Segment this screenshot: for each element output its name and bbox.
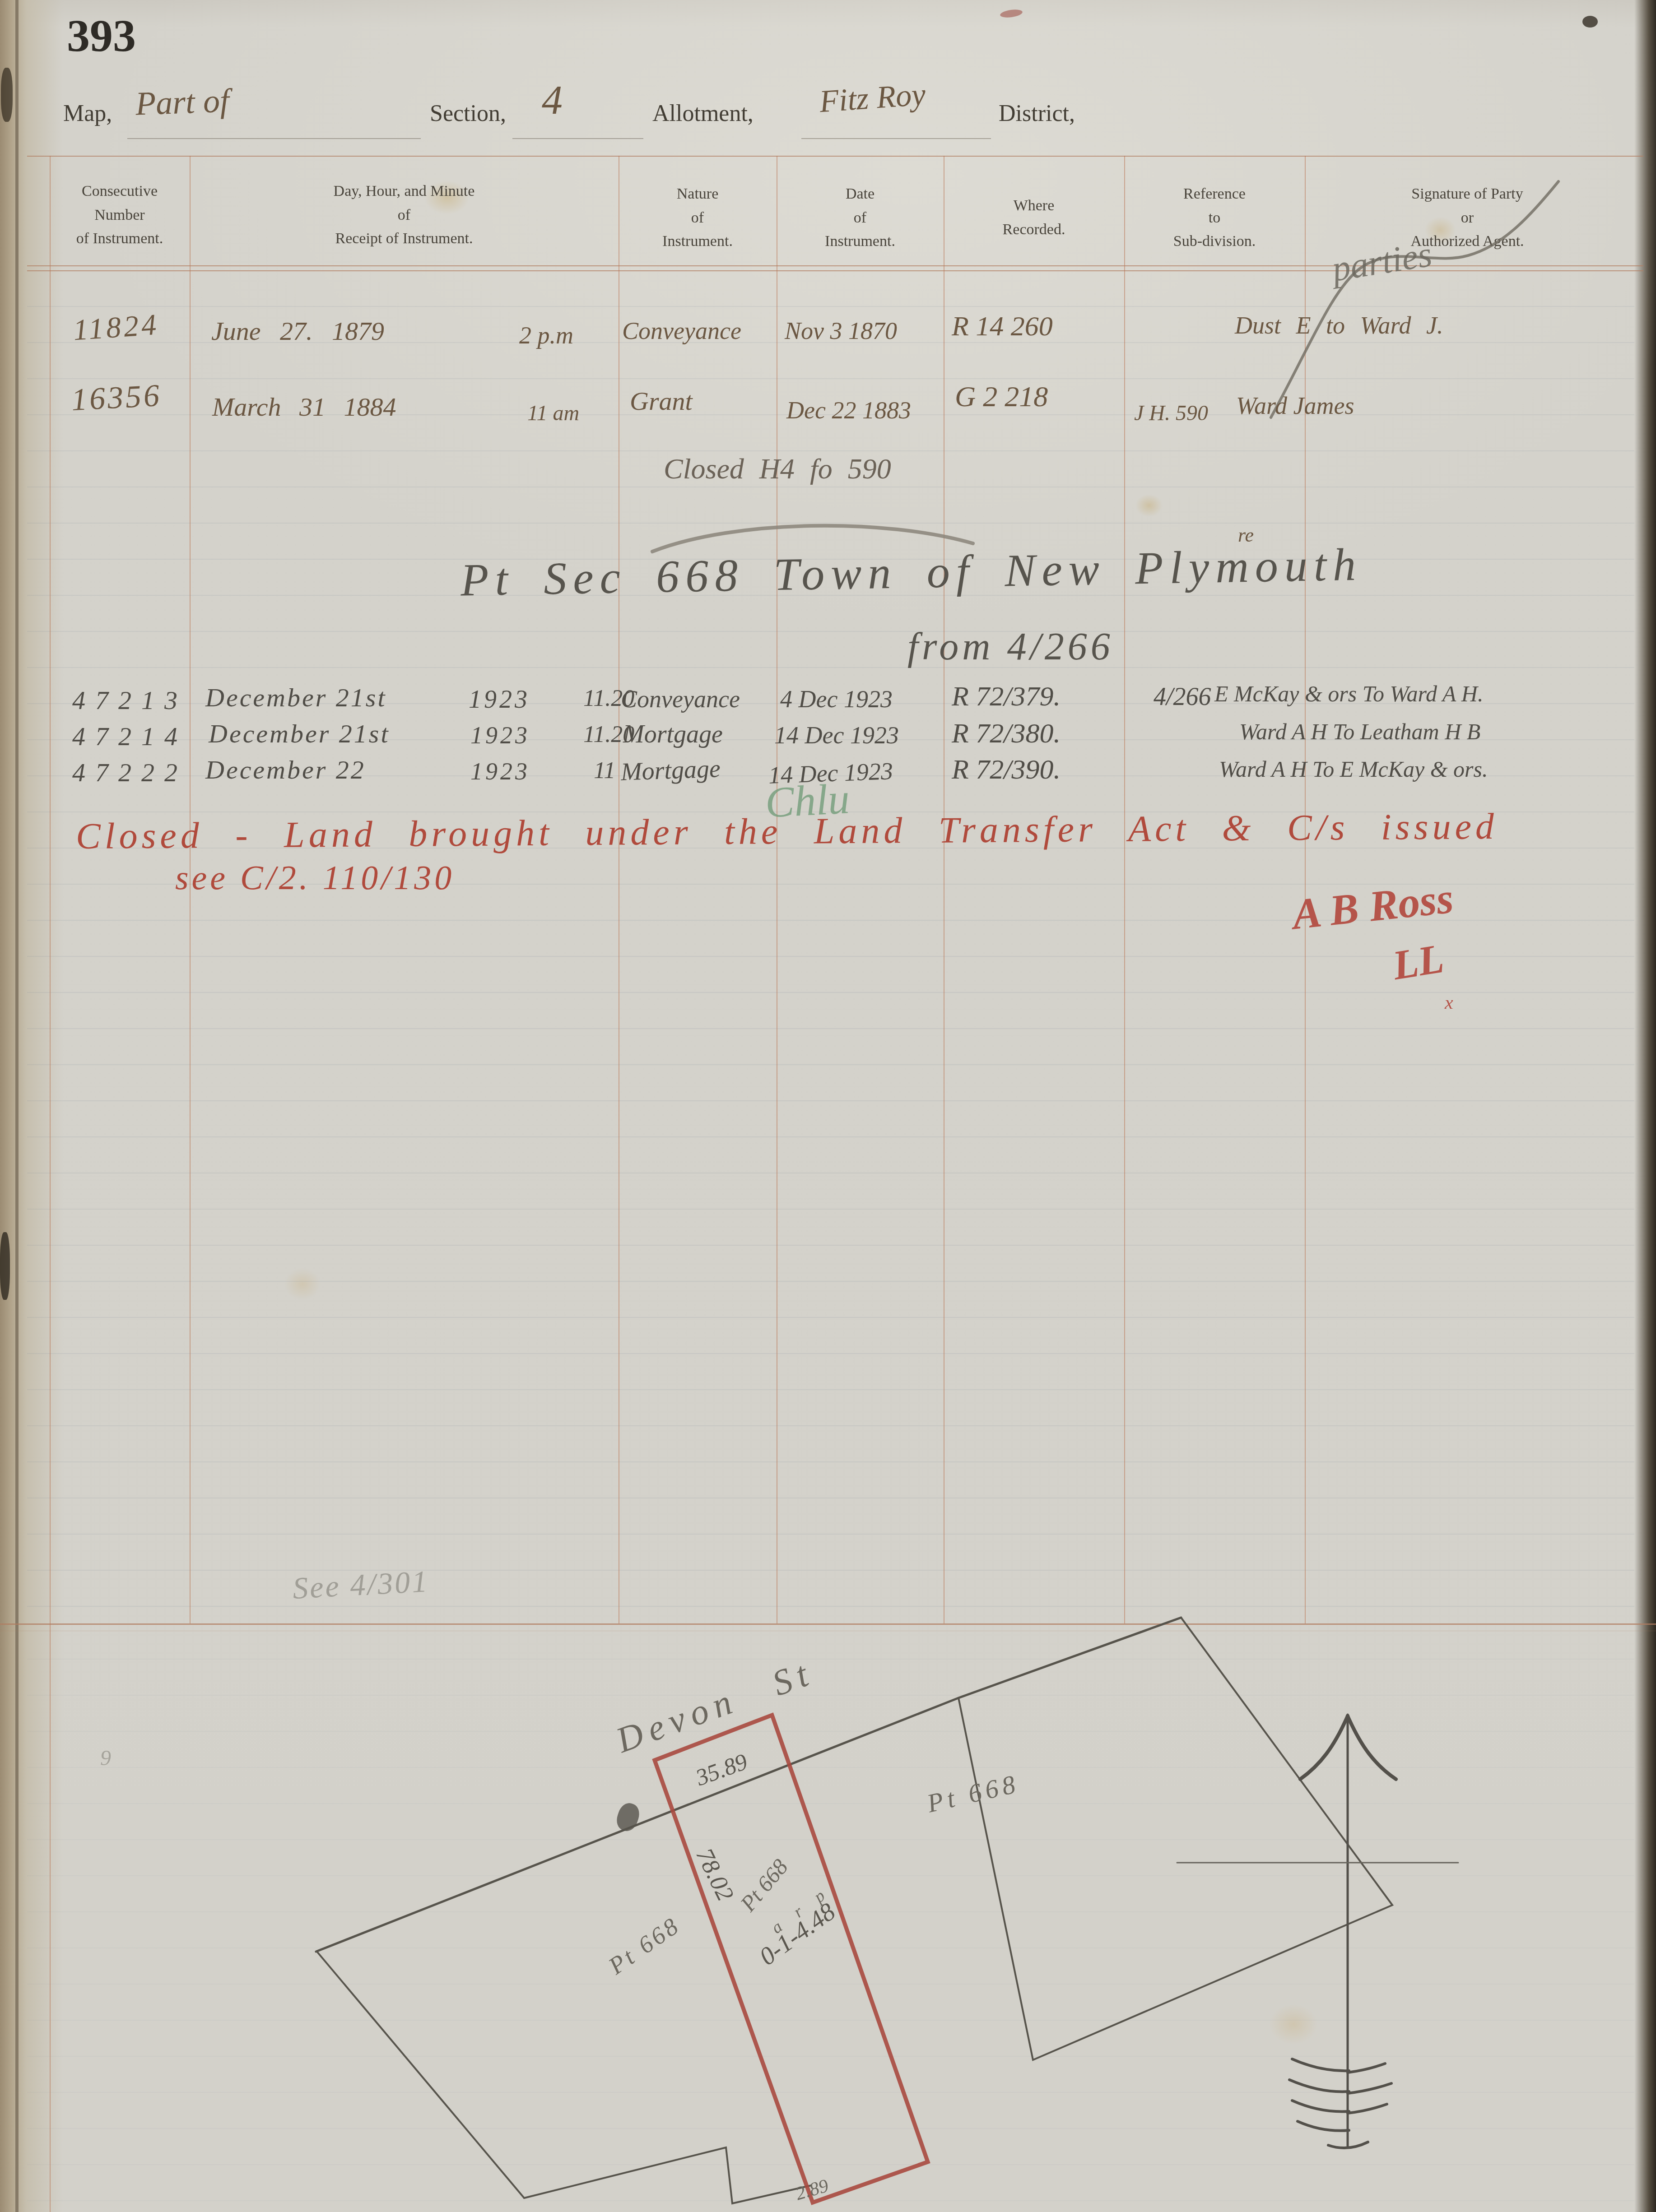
- entry-receipt-date: December 21st: [205, 682, 387, 713]
- entry-receipt-date: December 21st: [209, 719, 390, 749]
- map-underline: [127, 138, 421, 139]
- entry-date: 14 Dec 1923: [774, 721, 899, 749]
- column-header-nature: Nature of Instrument.: [619, 182, 777, 254]
- entry-recorded: R 14 260: [952, 311, 1053, 343]
- entry-receipt-time: 11: [594, 757, 615, 784]
- entry-receipt-year: 1923: [470, 721, 530, 749]
- red-smudge-top: [1000, 9, 1023, 19]
- entry-reference: J H. 590: [1134, 401, 1208, 426]
- allotment-value: Fitz Roy: [818, 77, 926, 120]
- allotment-label: Allotment,: [652, 100, 754, 127]
- entry-receipt-time: 11 am: [527, 401, 579, 426]
- entry-nature: Conveyance: [622, 317, 741, 345]
- left-parcel-west-boundary: [317, 1952, 524, 2198]
- entry-date: 4 Dec 1923: [780, 685, 893, 713]
- left-parcel-south-boundary: [524, 2147, 811, 2203]
- entry-nature: Grant: [630, 386, 693, 416]
- red-cross-mark: x: [1445, 992, 1453, 1014]
- table-vertical-rule: [1124, 156, 1125, 1623]
- column-header-date: Date of Instrument.: [777, 182, 944, 254]
- right-parcel-boundary: [958, 1618, 1392, 2060]
- entry-signature: Dust E to Ward J.: [1235, 311, 1443, 339]
- pencil-note: See 4/301: [292, 1563, 430, 1606]
- entry-nature: Mortgage: [623, 720, 723, 749]
- map-label: Map,: [63, 100, 112, 127]
- allotment-underline: [801, 138, 991, 139]
- north-arrow-wing-left: [1300, 1716, 1348, 1779]
- map-value: Part of: [135, 82, 230, 123]
- red-parcel-boundary: [655, 1715, 928, 2203]
- north-arrow-wing-right: [1348, 1716, 1396, 1779]
- closed-red-line2: see C/2. 110/130: [175, 858, 455, 898]
- entry-receipt-date: December 22: [205, 755, 366, 785]
- entry-receipt-year: 1923: [469, 685, 530, 714]
- entry-date: Dec 22 1883: [786, 396, 911, 424]
- header-scrawl-stroke: [1242, 172, 1585, 424]
- red-initials: LL: [1389, 934, 1447, 989]
- entry-recorded: G 2 218: [955, 380, 1048, 413]
- entry-signature: E McKay & ors To Ward A H.: [1214, 681, 1483, 707]
- entry-receipt-date: March 31 1884: [212, 392, 396, 422]
- north-arrow: [1177, 1715, 1458, 2148]
- entry-date: Nov 3 1870: [785, 317, 897, 345]
- entry-receipt-year: 1923: [470, 757, 530, 785]
- column-header-consecutive-number: Consecutive Number of Instrument.: [50, 180, 190, 251]
- table-vertical-rule: [619, 156, 619, 1623]
- district-label: District,: [999, 100, 1075, 127]
- entry-number: 47213: [72, 685, 187, 715]
- table-vertical-rule: [777, 156, 777, 1623]
- entry-number: 47214: [72, 721, 187, 751]
- entry-signature: Ward A H To E McKay & ors.: [1219, 756, 1488, 782]
- entry-recorded: R 72/390.: [952, 754, 1061, 786]
- section-label: Section,: [430, 100, 506, 127]
- deeds-register-page: 393 Map, Part of Section, 4 Allotment, F…: [0, 0, 1656, 2212]
- page-number: 393: [67, 10, 136, 63]
- entry-nature: Conveyance: [621, 685, 740, 713]
- column-header-where-recorded: Where Recorded.: [944, 194, 1124, 241]
- entry-number: 16356: [70, 378, 163, 418]
- entry-recorded: R 72/380.: [952, 718, 1061, 750]
- table-vertical-rule: [944, 156, 944, 1623]
- binding-blob-top: [1, 68, 13, 122]
- entry-number: 47222: [72, 757, 187, 788]
- closed-folio-note: Closed H4 fo 590: [664, 452, 891, 486]
- section-value: 4: [542, 76, 563, 124]
- entry-receipt-time: 2 p.m: [519, 321, 573, 349]
- entry-reference: 4/266: [1154, 682, 1211, 711]
- entry-receipt-date: June 27. 1879: [211, 316, 384, 346]
- entry-signature: Ward A H To Leatham H B: [1239, 719, 1480, 745]
- table-top-rule: [27, 156, 1643, 157]
- dark-spot-top-right: [1582, 16, 1598, 28]
- section-from: from 4/266: [907, 624, 1114, 669]
- column-header-receipt: Day, Hour, and Minute of Receipt of Inst…: [190, 180, 619, 251]
- entry-number: 11824: [72, 307, 160, 348]
- entry-recorded: R 72/379.: [952, 681, 1061, 713]
- entry-nature: Mortgage: [620, 754, 721, 787]
- section-underline: [512, 138, 643, 139]
- binding-blob-bottom: [0, 1232, 10, 1300]
- entry-signature: Ward James: [1236, 392, 1354, 420]
